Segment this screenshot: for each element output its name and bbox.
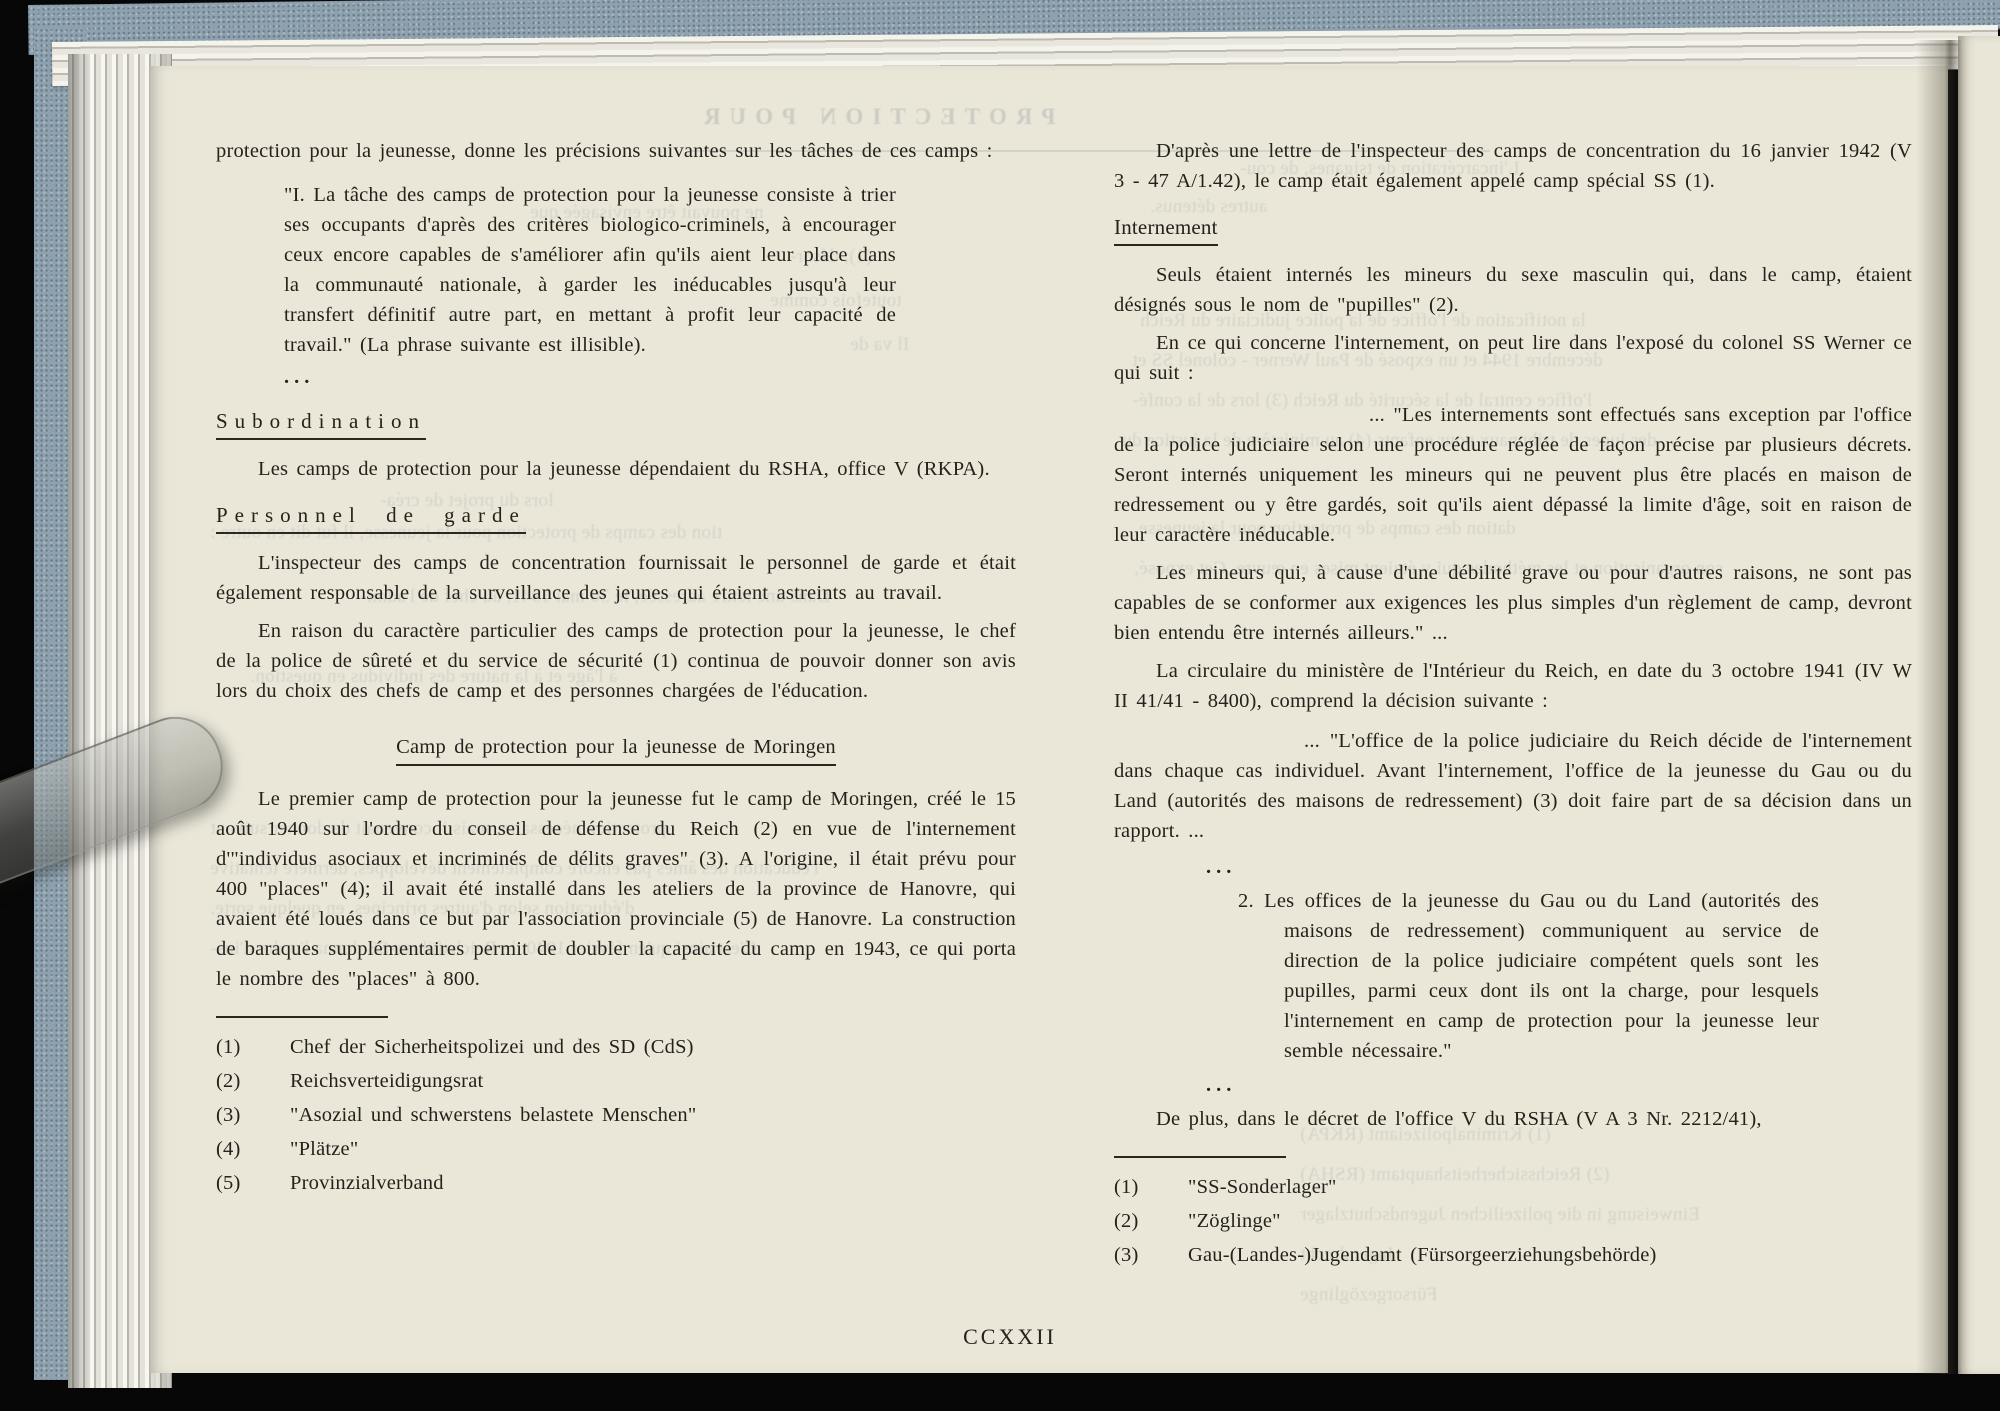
footnote: (1)Chef der Sicherheitspolizei und des S… — [216, 1032, 1016, 1062]
footnote-number: (4) — [216, 1134, 290, 1164]
footnote: (2)"Zöglinge" — [1114, 1206, 1912, 1236]
page-number: CCXXII — [150, 1324, 1870, 1350]
book-spread-photo: PROTECTION POUR ne pouvait être envisagé… — [0, 0, 2000, 1411]
footnote-text: "Plätze" — [290, 1138, 358, 1160]
paragraph-moringen: Le premier camp de protection pour la je… — [216, 784, 1016, 994]
footnote: (1)"SS-Sonderlager" — [1114, 1172, 1912, 1202]
footnote-rule — [216, 1016, 388, 1018]
blockquote-internements: ... "Les internements sont effectués san… — [1114, 400, 1912, 550]
ellipsis: ... — [1206, 854, 1912, 880]
paragraph-lettre: D'après une lettre de l'inspecteur des c… — [1114, 136, 1912, 196]
paragraph-deplus: De plus, dans le décret de l'office V du… — [1114, 1104, 1912, 1134]
blockquote-office: ... "L'office de la police judiciaire du… — [1114, 726, 1912, 846]
footnote-number: (3) — [1114, 1240, 1188, 1270]
heading-moringen: Camp de protection pour la jeunesse de M… — [396, 732, 836, 766]
footnote-text: Chef der Sicherheitspolizei und des SD (… — [290, 1036, 694, 1058]
footnote-text: "Asozial und schwerstens belastete Mensc… — [290, 1104, 696, 1126]
right-column: D'après une lettre de l'inspecteur des c… — [1114, 136, 1912, 1274]
footnote-number: (1) — [1114, 1172, 1188, 1202]
paragraph-intro: protection pour la jeunesse, donne les p… — [216, 136, 1016, 166]
footnote-text: Reichsverteidigungsrat — [290, 1070, 483, 1092]
book-gutter-shadow — [1916, 40, 1962, 1374]
paragraph-circulaire: La circulaire du ministère de l'Intérieu… — [1114, 656, 1912, 716]
footnote-text: "Zöglinge" — [1188, 1210, 1281, 1232]
footnote-number: (3) — [216, 1100, 290, 1130]
footnote-number: (5) — [216, 1168, 290, 1198]
bleedthrough-text: Fürsorgezöglinge — [1300, 1284, 1437, 1306]
footnote-number: (1) — [216, 1032, 290, 1062]
paragraph-personnel-1: L'inspecteur des camps de concentration … — [216, 548, 1016, 608]
footnote: (3)Gau-(Landes-)Jugendamt (Fürsorgeerzie… — [1114, 1240, 1912, 1270]
book-page: PROTECTION POUR ne pouvait être envisagé… — [150, 66, 1948, 1373]
facing-page-edge — [1958, 36, 2000, 1374]
heading-personnel-de-garde: Personnel de garde — [216, 500, 526, 534]
left-column: protection pour la jeunesse, donne les p… — [216, 136, 1016, 1202]
footnote-text: "SS-Sonderlager" — [1188, 1176, 1337, 1198]
footnote-number: (2) — [1114, 1206, 1188, 1236]
footnote: (5)Provinzialverband — [216, 1168, 1016, 1198]
blockquote-mineurs: Les mineurs qui, à cause d'une débilité … — [1114, 558, 1912, 648]
heading-moringen-wrap: Camp de protection pour la jeunesse de M… — [216, 732, 1016, 766]
heading-subordination: Subordination — [216, 406, 426, 440]
blockquote-taches: "I. La tâche des camps de protection pou… — [284, 180, 896, 360]
footnote-number: (2) — [216, 1066, 290, 1096]
footnote-text: Gau-(Landes-)Jugendamt (Fürsorgeerziehun… — [1188, 1244, 1657, 1266]
paragraph-pupilles: Seuls étaient internés les mineurs du se… — [1114, 260, 1912, 320]
paragraph-subordination: Les camps de protection pour la jeunesse… — [216, 454, 1016, 484]
ellipsis: ... — [284, 364, 1016, 390]
ellipsis: ... — [1206, 1072, 1912, 1098]
list-item-2: 2. Les offices de la jeunesse du Gau ou … — [1284, 886, 1819, 1066]
footnote-text: Provinzialverband — [290, 1172, 444, 1194]
footnote: (4)"Plätze" — [216, 1134, 1016, 1164]
bleedthrough-heading: PROTECTION POUR — [695, 104, 1056, 130]
footnote: (2)Reichsverteidigungsrat — [216, 1066, 1016, 1096]
heading-internement: Internement — [1114, 212, 1218, 246]
paragraph-werner: En ce qui concerne l'internement, on peu… — [1114, 328, 1912, 388]
footnote-rule — [1114, 1156, 1286, 1158]
footnote: (3)"Asozial und schwerstens belastete Me… — [216, 1100, 1016, 1130]
paragraph-personnel-2: En raison du caractère particulier des c… — [216, 616, 1016, 706]
